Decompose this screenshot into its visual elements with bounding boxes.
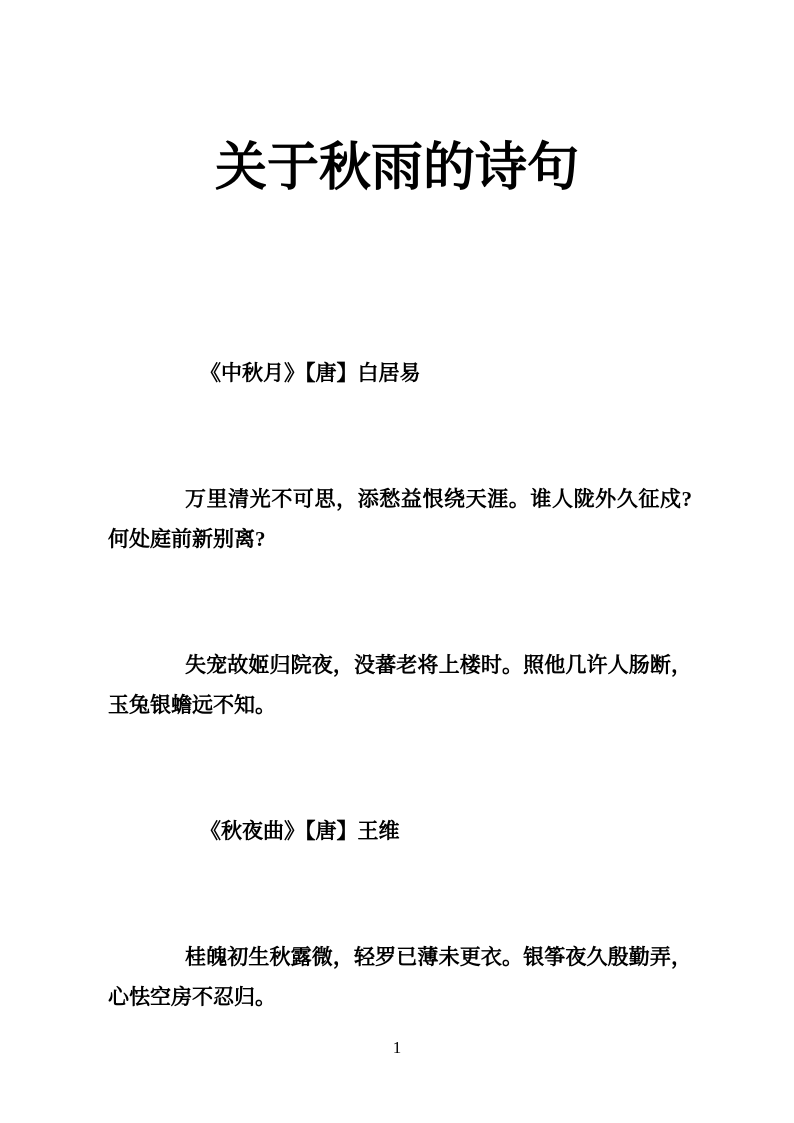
poem-paragraph: 万里清光不可思，添愁益恨绕天涯。谁人陇外久征戍?何处庭前新别离? [108, 479, 692, 559]
poem-paragraph: 失宠故姬归院夜，没蕃老将上楼时。照他几许人肠断，玉兔银蟾远不知。 [108, 645, 692, 725]
poem-heading-zhongqiuyue: 《中秋月》【唐】白居易 [108, 353, 692, 393]
document-body: 《中秋月》【唐】白居易 万里清光不可思，添愁益恨绕天涯。谁人陇外久征戍?何处庭前… [0, 353, 794, 1017]
poem-heading-qiuyequ: 《秋夜曲》【唐】王维 [108, 811, 692, 851]
document-title: 关于秋雨的诗句 [0, 0, 794, 203]
page-number: 1 [0, 1038, 794, 1058]
document-page: 关于秋雨的诗句 《中秋月》【唐】白居易 万里清光不可思，添愁益恨绕天涯。谁人陇外… [0, 0, 794, 1123]
poem-paragraph: 桂魄初生秋露微，轻罗已薄未更衣。银筝夜久殷勤弄，心怯空房不忍归。 [108, 937, 692, 1017]
